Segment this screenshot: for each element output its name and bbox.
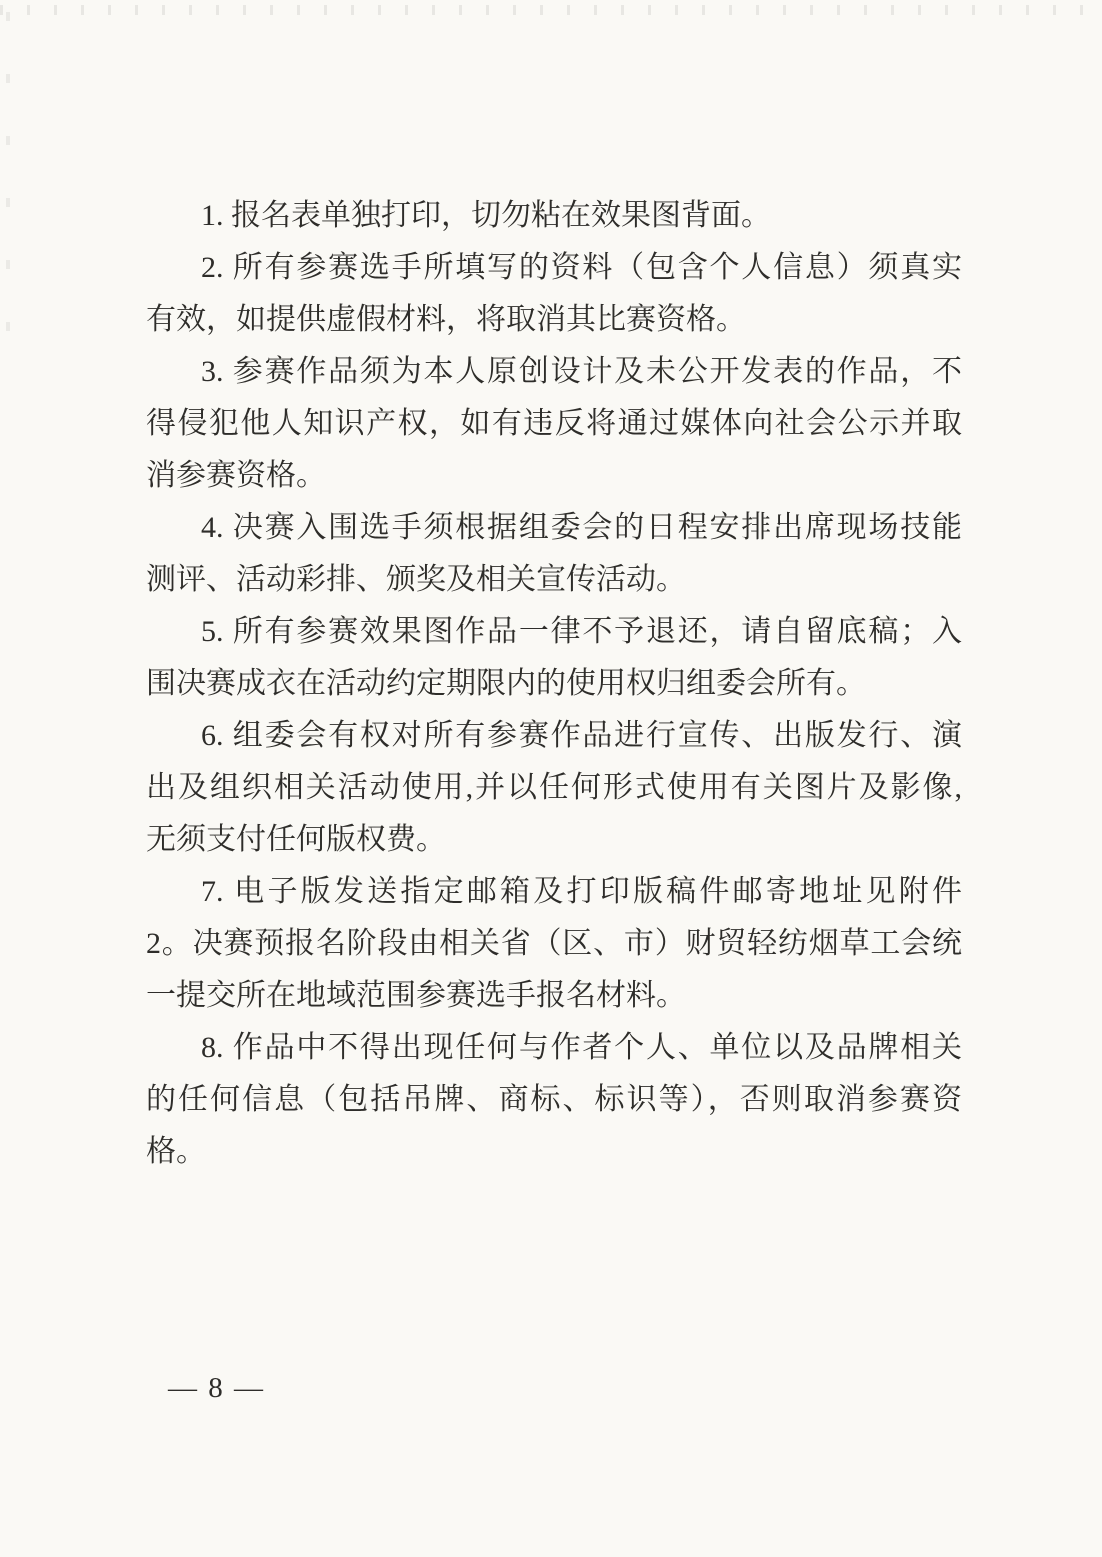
rule-item-8: 8. 作品中不得出现任何与作者个人、单位以及品牌相关的任何信息（包括吊牌、商标、… <box>146 1022 962 1178</box>
rule-line: 8. 作品中不得出现任何与作者个人、单位以及品牌相关 <box>146 1022 962 1074</box>
rule-line: 格。 <box>146 1126 962 1178</box>
rule-item-3: 3. 参赛作品须为本人原创设计及未公开发表的作品，不得侵犯他人知识产权，如有违反… <box>146 346 962 502</box>
rule-line: 1. 报名表单独打印，切勿粘在效果图背面。 <box>146 190 962 242</box>
rule-line: 2. 所有参赛选手所填写的资料（包含个人信息）须真实 <box>146 242 962 294</box>
rule-line: 7. 电子版发送指定邮箱及打印版稿件邮寄地址见附件 <box>146 866 962 918</box>
rule-line: 围决赛成衣在活动约定期限内的使用权归组委会所有。 <box>146 658 962 710</box>
page-number: — 8 — <box>168 1366 265 1410</box>
rule-line: 得侵犯他人知识产权，如有违反将通过媒体向社会公示并取 <box>146 398 962 450</box>
rules-list: 1. 报名表单独打印，切勿粘在效果图背面。2. 所有参赛选手所填写的资料（包含个… <box>146 190 962 1178</box>
rule-line: 3. 参赛作品须为本人原创设计及未公开发表的作品，不 <box>146 346 962 398</box>
rule-line: 无须支付任何版权费。 <box>146 814 962 866</box>
rule-line: 一提交所在地域范围参赛选手报名材料。 <box>146 970 962 1022</box>
rule-item-5: 5. 所有参赛效果图作品一律不予退还，请自留底稿；入围决赛成衣在活动约定期限内的… <box>146 606 962 710</box>
rule-line: 4. 决赛入围选手须根据组委会的日程安排出席现场技能 <box>146 502 962 554</box>
rule-line: 的任何信息（包括吊牌、商标、标识等），否则取消参赛资 <box>146 1074 962 1126</box>
rule-item-7: 7. 电子版发送指定邮箱及打印版稿件邮寄地址见附件2。决赛预报名阶段由相关省（区… <box>146 866 962 1022</box>
rule-line: 5. 所有参赛效果图作品一律不予退还，请自留底稿；入 <box>146 606 962 658</box>
rule-line: 消参赛资格。 <box>146 450 962 502</box>
document-page: 1. 报名表单独打印，切勿粘在效果图背面。2. 所有参赛选手所填写的资料（包含个… <box>0 0 1102 1557</box>
rule-line: 有效，如提供虚假材料，将取消其比赛资格。 <box>146 294 962 346</box>
rule-item-4: 4. 决赛入围选手须根据组委会的日程安排出席现场技能测评、活动彩排、颁奖及相关宣… <box>146 502 962 606</box>
rule-line: 2。决赛预报名阶段由相关省（区、市）财贸轻纺烟草工会统 <box>146 918 962 970</box>
rule-item-6: 6. 组委会有权对所有参赛作品进行宣传、出版发行、演出及组织相关活动使用,并以任… <box>146 710 962 866</box>
rule-line: 6. 组委会有权对所有参赛作品进行宣传、出版发行、演 <box>146 710 962 762</box>
scan-edge-artifact-top <box>0 5 1102 15</box>
rule-item-1: 1. 报名表单独打印，切勿粘在效果图背面。 <box>146 190 962 242</box>
rule-line: 出及组织相关活动使用,并以任何形式使用有关图片及影像, <box>146 762 962 814</box>
rule-item-2: 2. 所有参赛选手所填写的资料（包含个人信息）须真实有效，如提供虚假材料，将取消… <box>146 242 962 346</box>
scan-edge-artifact-left <box>6 12 10 352</box>
rule-line: 测评、活动彩排、颁奖及相关宣传活动。 <box>146 554 962 606</box>
